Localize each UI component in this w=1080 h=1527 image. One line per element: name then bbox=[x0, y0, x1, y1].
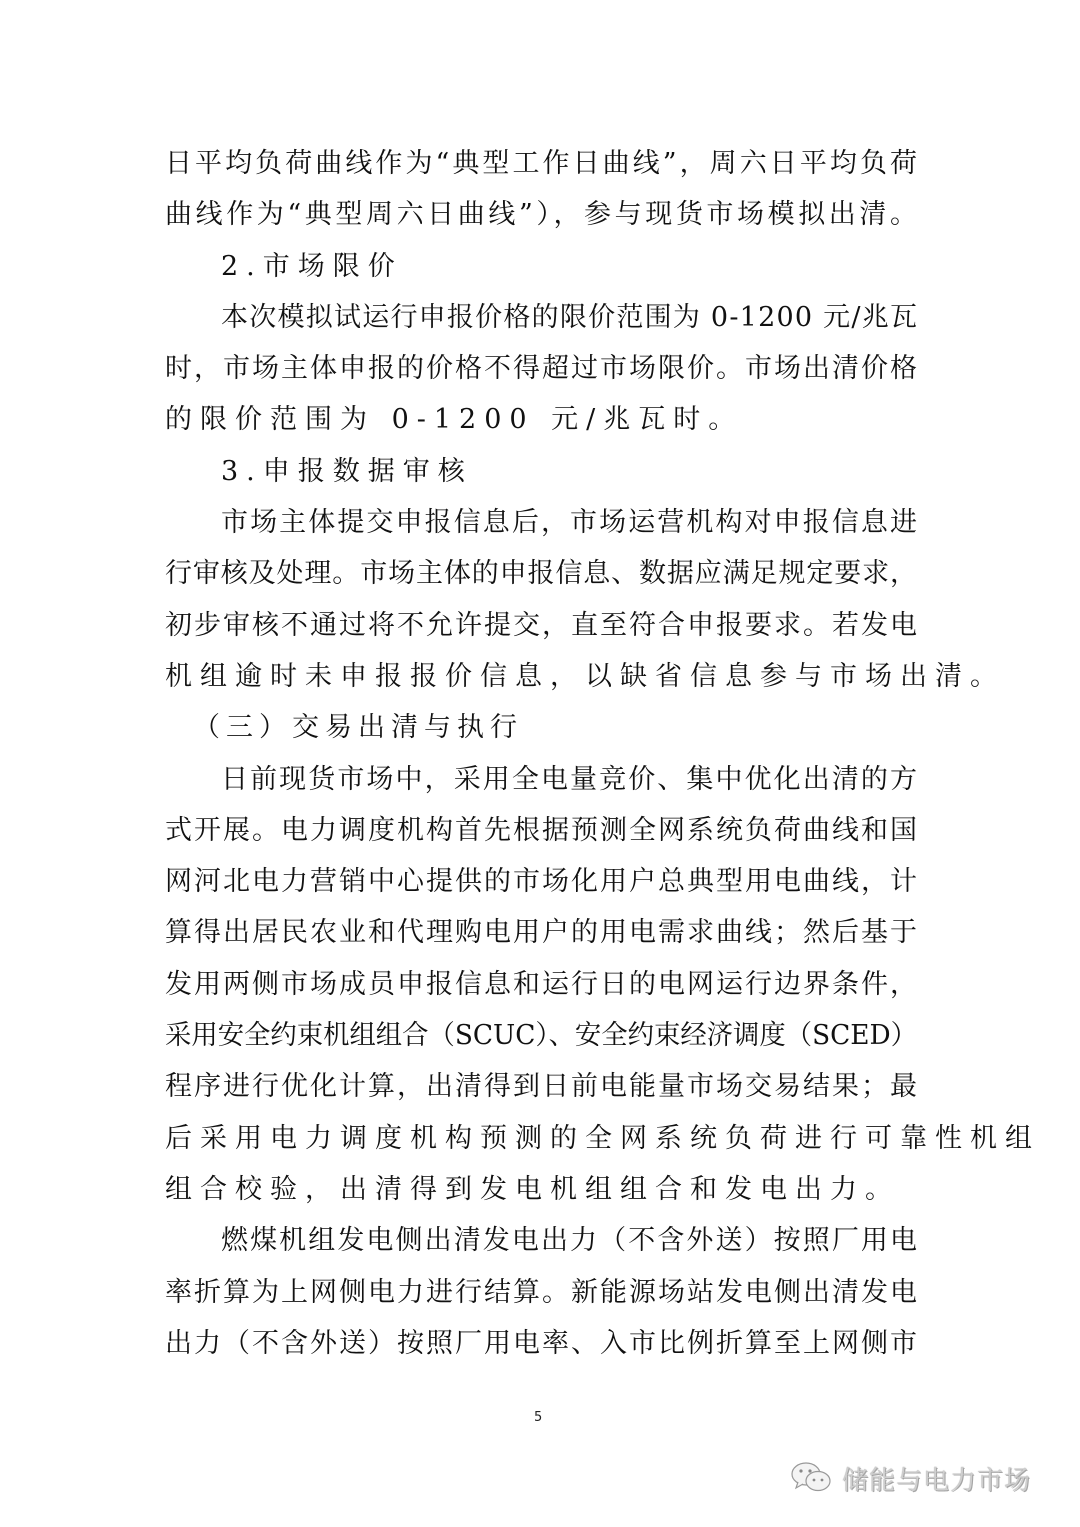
paragraph-line: 燃煤机组发电侧出清发电出力（不含外送）按照厂用电 bbox=[165, 1215, 917, 1266]
section-heading: 2.市场限价 bbox=[165, 241, 917, 292]
paragraph-line: 组合校验，出清得到发电机组组合和发电出力。 bbox=[165, 1164, 917, 1215]
document-page: 日平均负荷曲线作为“典型工作日曲线”，周六日平均负荷曲线作为“典型周六日曲线”）… bbox=[0, 0, 1080, 1527]
paragraph-line: 出力（不含外送）按照厂用电率、入市比例折算至上网侧市 bbox=[165, 1318, 917, 1369]
section-heading: （三）交易出清与执行 bbox=[165, 702, 917, 753]
paragraph-line: 曲线作为“典型周六日曲线”），参与现货市场模拟出清。 bbox=[165, 189, 917, 240]
paragraph-line: 初步审核不通过将不允许提交，直至符合申报要求。若发电 bbox=[165, 600, 917, 651]
paragraph-line: 发用两侧市场成员申报信息和运行日的电网运行边界条件， bbox=[165, 959, 917, 1010]
paragraph-line: 日前现货市场中，采用全电量竞价、集中优化出清的方 bbox=[165, 754, 917, 805]
paragraph-line: 程序进行优化计算，出清得到日前电能量市场交易结果；最 bbox=[165, 1061, 917, 1112]
paragraph-line: 行审核及处理。市场主体的申报信息、数据应满足规定要求， bbox=[165, 548, 917, 599]
paragraph-line: 本次模拟试运行申报价格的限价范围为 0-1200 元/兆瓦 bbox=[165, 292, 917, 343]
paragraph-line: 式开展。电力调度机构首先根据预测全网系统负荷曲线和国 bbox=[165, 805, 917, 856]
paragraph-line: 采用安全约束机组组合（SCUC）、安全约束经济调度（SCED） bbox=[165, 1010, 917, 1061]
paragraph-line: 的限价范围为 0-1200 元/兆瓦时。 bbox=[165, 394, 917, 445]
paragraph-line: 网河北电力营销中心提供的市场化用户总典型用电曲线，计 bbox=[165, 856, 917, 907]
paragraph-line: 率折算为上网侧电力进行结算。新能源场站发电侧出清发电 bbox=[165, 1267, 917, 1318]
watermark-text: 储能与电力市场 bbox=[842, 1460, 1031, 1497]
paragraph-line: 日平均负荷曲线作为“典型工作日曲线”，周六日平均负荷 bbox=[165, 138, 917, 189]
page-number: 5 bbox=[534, 1410, 542, 1425]
watermark: 储能与电力市场 bbox=[790, 1458, 1031, 1498]
paragraph-line: 时，市场主体申报的价格不得超过市场限价。市场出清价格 bbox=[165, 343, 917, 394]
document-body: 日平均负荷曲线作为“典型工作日曲线”，周六日平均负荷曲线作为“典型周六日曲线”）… bbox=[165, 138, 917, 1369]
paragraph-line: 机组逾时未申报报价信息，以缺省信息参与市场出清。 bbox=[165, 651, 917, 702]
wechat-icon bbox=[790, 1460, 834, 1496]
paragraph-line: 算得出居民农业和代理购电用户的用电需求曲线；然后基于 bbox=[165, 907, 917, 958]
paragraph-line: 后采用电力调度机构预测的全网系统负荷进行可靠性机组 bbox=[165, 1113, 917, 1164]
paragraph-line: 市场主体提交申报信息后，市场运营机构对申报信息进 bbox=[165, 497, 917, 548]
section-heading: 3.申报数据审核 bbox=[165, 446, 917, 497]
